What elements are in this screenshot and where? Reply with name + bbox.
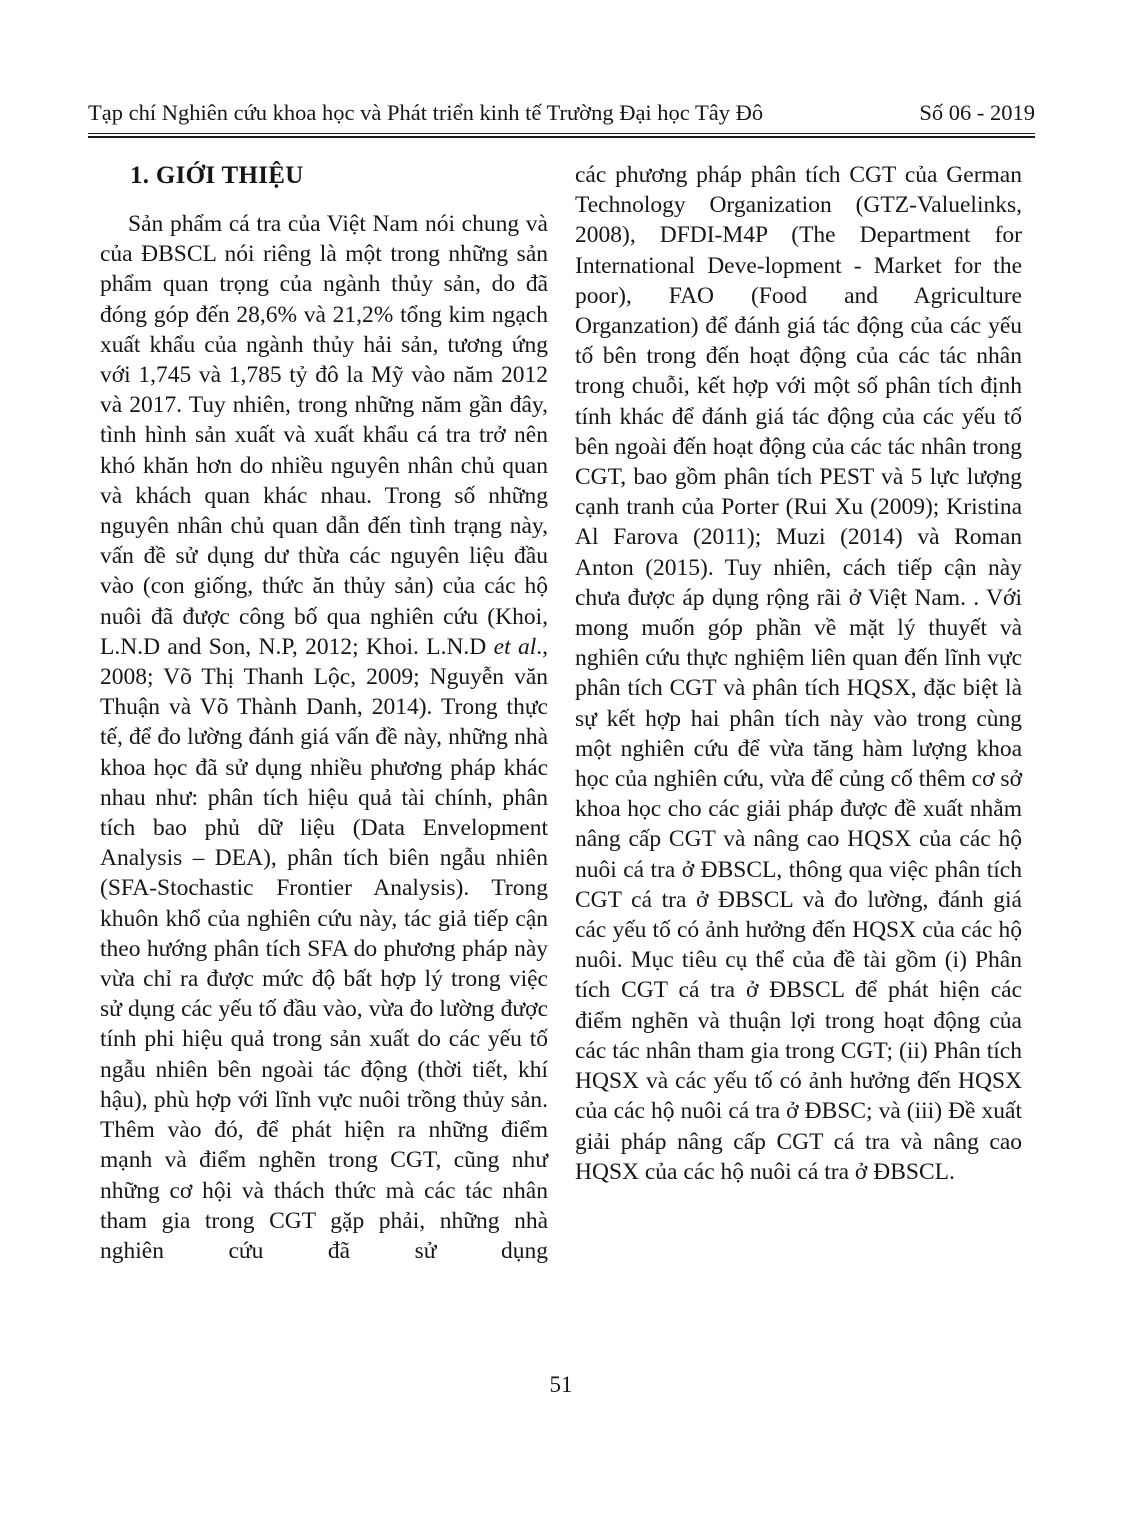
header-divider: [88, 133, 1035, 138]
body-text-right-column: các phương pháp phân tích CGT của German…: [575, 160, 1022, 1187]
issue-number: Số 06 - 2019: [919, 99, 1035, 127]
text-segment: Sản phẩm cá tra của Việt Nam nói chung v…: [100, 211, 548, 660]
page-number: 51: [0, 1371, 1122, 1399]
text-segment: các phương pháp phân tích CGT của German…: [575, 162, 1022, 1185]
section-heading: 1. GIỚI THIỆU: [130, 160, 548, 192]
right-column: các phương pháp phân tích CGT của German…: [575, 160, 1022, 1187]
journal-page: Tạp chí Nghiên cứu khoa học và Phát triể…: [0, 0, 1122, 1535]
text-segment-italic: et al: [494, 634, 537, 660]
text-segment: ., 2008; Võ Thị Thanh Lộc, 2009; Nguyễn …: [100, 634, 548, 1264]
page-header: Tạp chí Nghiên cứu khoa học và Phát triể…: [88, 99, 1035, 127]
left-column: 1. GIỚI THIỆU Sản phẩm cá tra của Việt N…: [100, 160, 548, 1266]
body-text-left-column: Sản phẩm cá tra của Việt Nam nói chung v…: [100, 209, 548, 1266]
journal-title: Tạp chí Nghiên cứu khoa học và Phát triể…: [88, 99, 763, 127]
